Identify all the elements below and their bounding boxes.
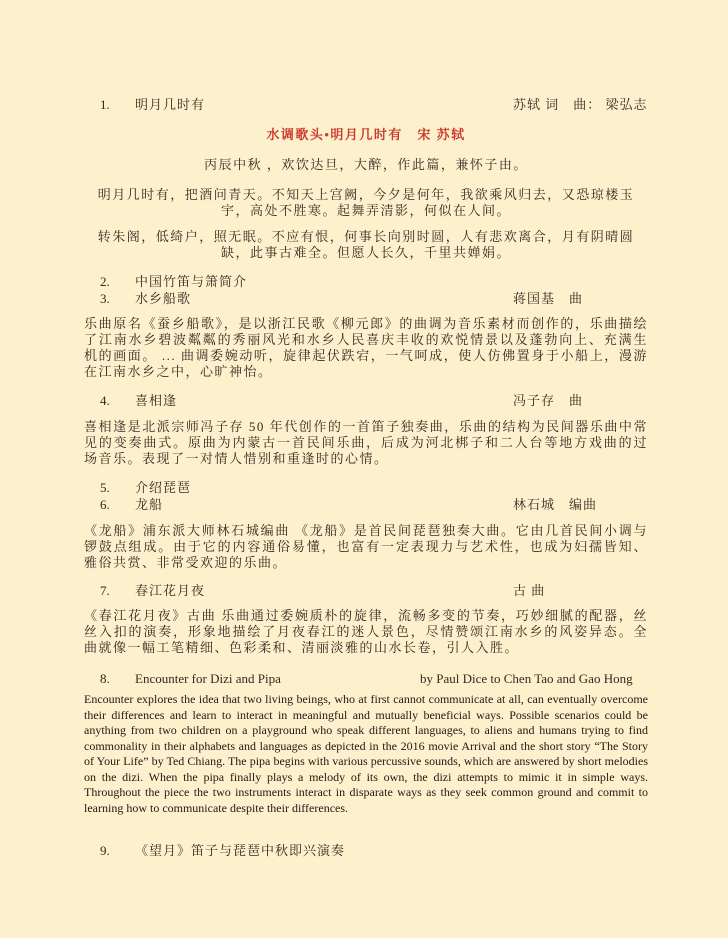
program-notes-4: 喜相逢是北派宗师冯子存 50 年代创作的一首笛子独奏曲，乐曲的结构为民间器乐曲中… [84,419,648,467]
program-item-row-9: 9. 《望月》笛子与琵琶中秋即兴演奏 [84,842,648,859]
program-notes-8: Encounter explores the idea that two liv… [84,692,648,816]
program-item-row-6: 6. 龙船 林石城 编曲 [84,496,648,513]
item-number: 3. [100,290,110,307]
item-title: 明月几时有 [135,97,205,112]
item-attribution: by Paul Dice to Chen Tao and Gao Hong [420,670,633,687]
program-item-row-7: 7. 春江花月夜 古 曲 [84,582,648,599]
program-item-row-3: 3. 水乡船歌 蒋国基 曲 [84,290,648,307]
item-title: 水乡船歌 [135,291,191,306]
item-attribution: 蒋国基 曲 [513,290,583,307]
program-item-row-1: 1. 明月几时有 苏轼 词 曲： 梁弘志 [84,96,648,113]
item-title: Encounter for Dizi and Pipa [135,671,281,686]
item-number: 5. [100,479,110,496]
item-title: 春江花月夜 [135,583,205,598]
program-item-row-4: 4. 喜相逢 冯子存 曲 [84,392,648,409]
item-title: 中国竹笛与箫简介 [135,274,247,289]
program-item-row-5: 5. 介绍琵琶 [84,479,648,496]
item-title: 龙船 [135,497,163,512]
poem-preface: 丙辰中秋 ，欢饮达旦，大醉，作此篇，兼怀子由。 [84,157,648,173]
item-number: 8. [100,670,110,687]
item-number: 2. [100,273,110,290]
item-number: 1. [100,96,110,113]
item-title: 《望月》笛子与琵琶中秋即兴演奏 [135,843,345,858]
poem-heading: 水调歌头•明月几时有 宋 苏轼 [84,127,648,143]
program-document-page: 1. 明月几时有 苏轼 词 曲： 梁弘志 水调歌头•明月几时有 宋 苏轼 丙辰中… [0,0,728,938]
poem-stanza-2: 转朱阁，低绮户，照无眠。不应有恨，何事长向别时圆，人有悲欢离合，月有阴晴圆缺，此… [84,229,648,261]
program-notes-3: 乐曲原名《蚕乡船歌》，是以浙江民歌《柳元郎》的曲调为音乐素材而创作的，乐曲描绘了… [84,316,648,380]
program-notes-6: 《龙船》浦东派大师林石城编曲 《龙船》是首民间琵琶独奏大曲。它由几首民间小调与锣… [84,523,648,571]
item-number: 9. [100,842,110,859]
item-number: 6. [100,496,110,513]
item-attribution: 冯子存 曲 [513,392,583,409]
item-attribution: 林石城 编曲 [513,496,597,513]
program-notes-7: 《春江花月夜》古曲 乐曲通过委婉质朴的旋律，流畅多变的节奏，巧妙细腻的配器，丝丝… [84,608,648,656]
item-number: 7. [100,582,110,599]
item-title: 喜相逢 [135,393,177,408]
item-attribution: 苏轼 词 曲： 梁弘志 [513,96,648,113]
program-item-row-2: 2. 中国竹笛与箫简介 [84,273,648,290]
item-number: 4. [100,392,110,409]
item-attribution: 古 曲 [513,582,545,599]
program-item-row-8: 8. Encounter for Dizi and Pipa by Paul D… [84,670,648,687]
item-title: 介绍琵琶 [135,480,191,495]
poem-stanza-1: 明月几时有，把酒问青天。不知天上宫阙，今夕是何年，我欲乘风归去，又恐琼楼玉宇，高… [84,187,648,219]
